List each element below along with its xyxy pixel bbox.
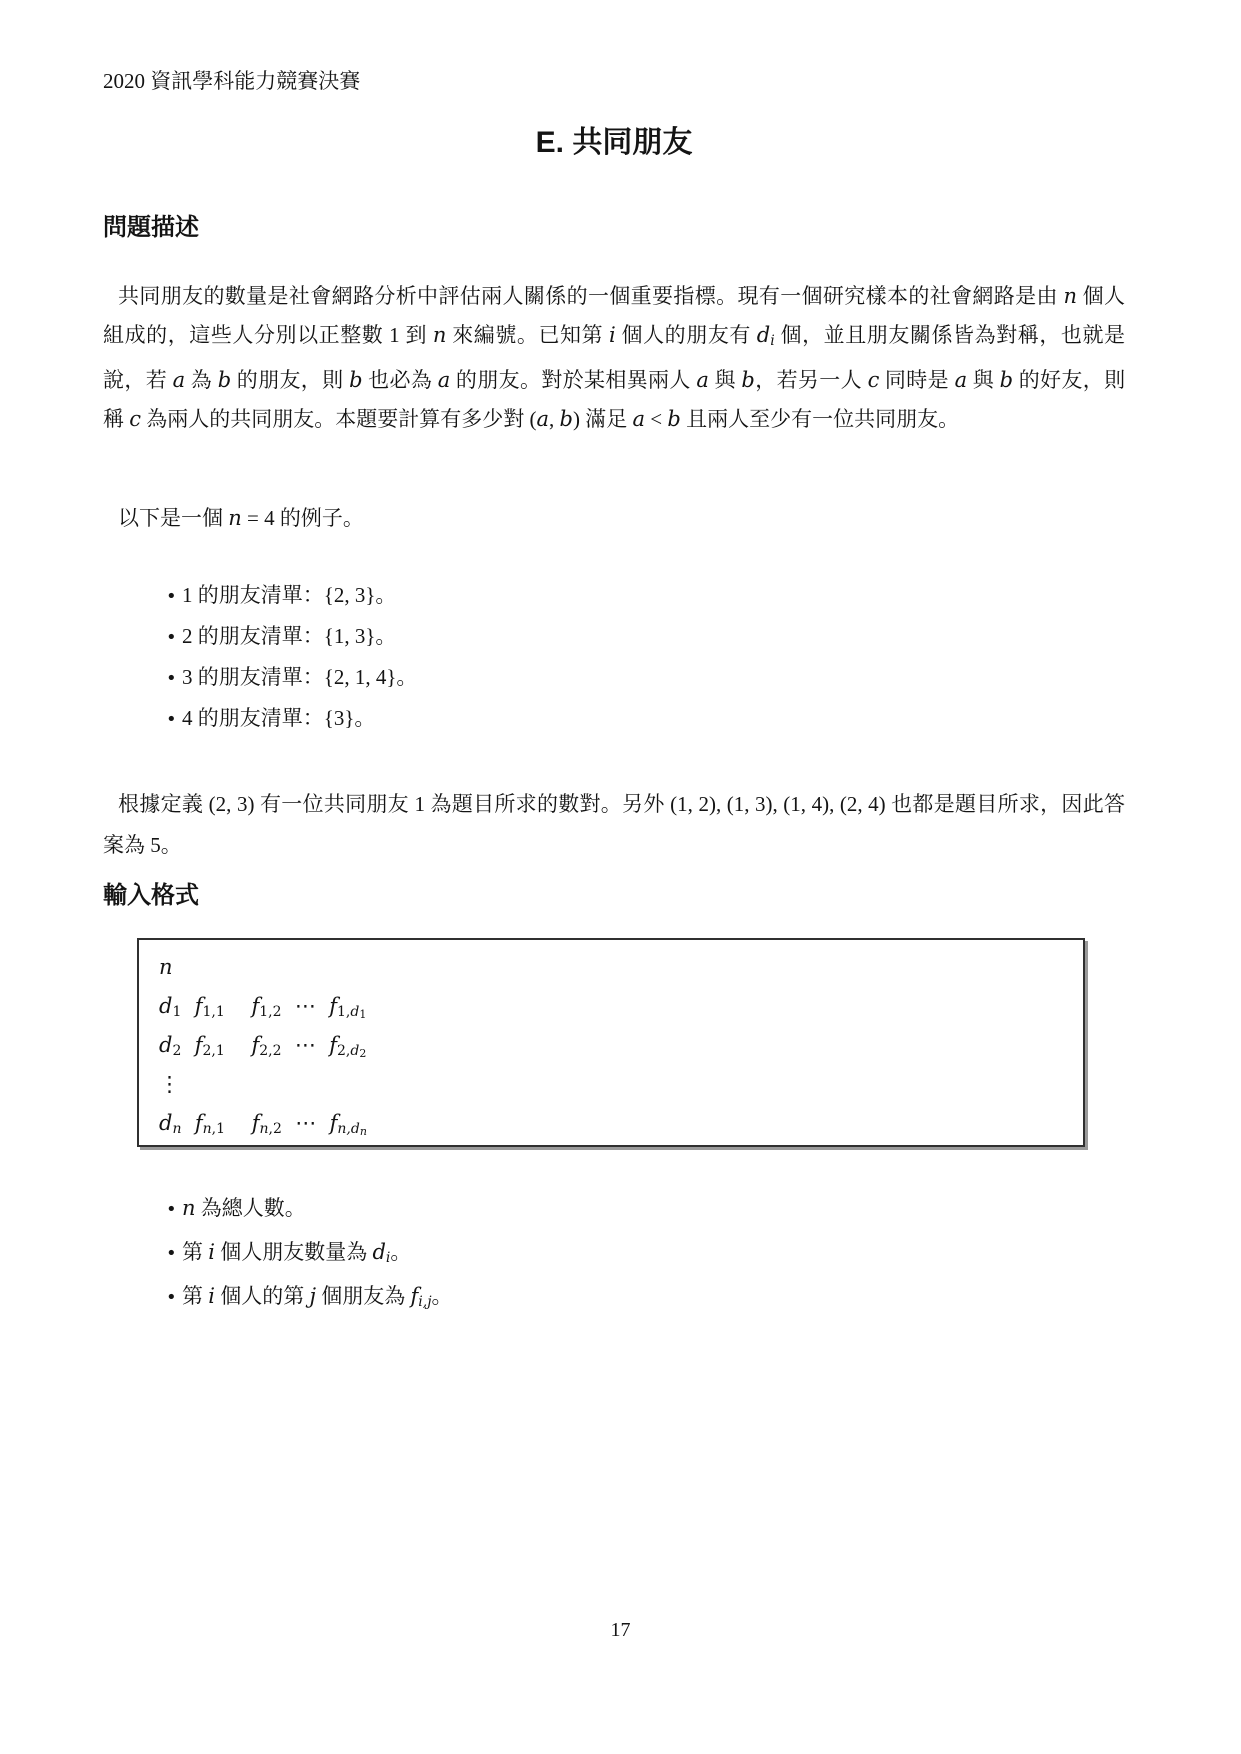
list-item: • 2 的朋友清單：{1, 3}。 bbox=[166, 616, 417, 657]
list-item-text: n 為總人數。 bbox=[182, 1186, 306, 1230]
list-item: • 第 i 個人的第 j 個朋友為 fi,j。 bbox=[166, 1274, 453, 1318]
paragraph-example-intro: 以下是一個 n = 4 的例子。 bbox=[103, 499, 1125, 538]
bullet-icon: • bbox=[166, 576, 182, 617]
document-header: 2020 資訊學科能力競賽決賽 bbox=[103, 68, 360, 94]
list-item: • 第 i 個人朋友數量為 di。 bbox=[166, 1230, 453, 1274]
list-item-text: 1 的朋友清單：{2, 3}。 bbox=[182, 575, 396, 616]
paragraph-problem-intro: 共同朋友的數量是社會網路分析中評估兩人關係的一個重要指標。現有一個研究樣本的社會… bbox=[103, 277, 1125, 439]
input-format-line: ⋮ bbox=[159, 1065, 1083, 1104]
section-heading-input: 輸入格式 bbox=[103, 882, 199, 910]
input-format-line: n bbox=[159, 948, 1083, 987]
list-item: • n 為總人數。 bbox=[166, 1186, 453, 1230]
list-item: • 1 的朋友清單：{2, 3}。 bbox=[166, 575, 417, 616]
input-format-box: n d1 f1,1 f1,2 ⋯ f1,d1 d2 f2,1 f2,2 ⋯ f2… bbox=[137, 938, 1085, 1147]
list-item-text: 3 的朋友清單：{2, 1, 4}。 bbox=[182, 657, 417, 698]
list-item-text: 4 的朋友清單：{3}。 bbox=[182, 698, 375, 739]
document-page: 2020 資訊學科能力競賽決賽 E. 共同朋友 問題描述 共同朋友的數量是社會網… bbox=[0, 0, 1241, 1754]
bullet-icon: • bbox=[166, 1232, 182, 1276]
bullet-icon: • bbox=[166, 658, 182, 699]
list-item: • 4 的朋友清單：{3}。 bbox=[166, 698, 417, 739]
paragraph-example-explanation: 根據定義 (2, 3) 有一位共同朋友 1 為題目所求的數對。另外 (1, 2)… bbox=[103, 784, 1125, 866]
bullet-icon: • bbox=[166, 1188, 182, 1232]
friend-list: • 1 的朋友清單：{2, 3}。 • 2 的朋友清單：{1, 3}。 • 3 … bbox=[166, 575, 417, 739]
list-item-text: 第 i 個人的第 j 個朋友為 fi,j。 bbox=[182, 1274, 453, 1324]
bullet-icon: • bbox=[166, 617, 182, 658]
list-item: • 3 的朋友清單：{2, 1, 4}。 bbox=[166, 657, 417, 698]
input-format-line: d2 f2,1 f2,2 ⋯ f2,d2 bbox=[159, 1026, 1083, 1065]
bullet-icon: • bbox=[166, 1276, 182, 1320]
input-notes-list: • n 為總人數。 • 第 i 個人朋友數量為 di。 • 第 i 個人的第 j… bbox=[166, 1186, 453, 1318]
page-title: E. 共同朋友 bbox=[0, 126, 1228, 160]
page-number: 17 bbox=[0, 1618, 1241, 1642]
bullet-icon: • bbox=[166, 699, 182, 740]
list-item-text: 第 i 個人朋友數量為 di。 bbox=[182, 1230, 411, 1280]
input-format-line: dn fn,1 fn,2 ⋯ fn,dn bbox=[159, 1104, 1083, 1143]
section-heading-problem: 問題描述 bbox=[103, 214, 199, 242]
input-format-line: d1 f1,1 f1,2 ⋯ f1,d1 bbox=[159, 987, 1083, 1026]
list-item-text: 2 的朋友清單：{1, 3}。 bbox=[182, 616, 396, 657]
